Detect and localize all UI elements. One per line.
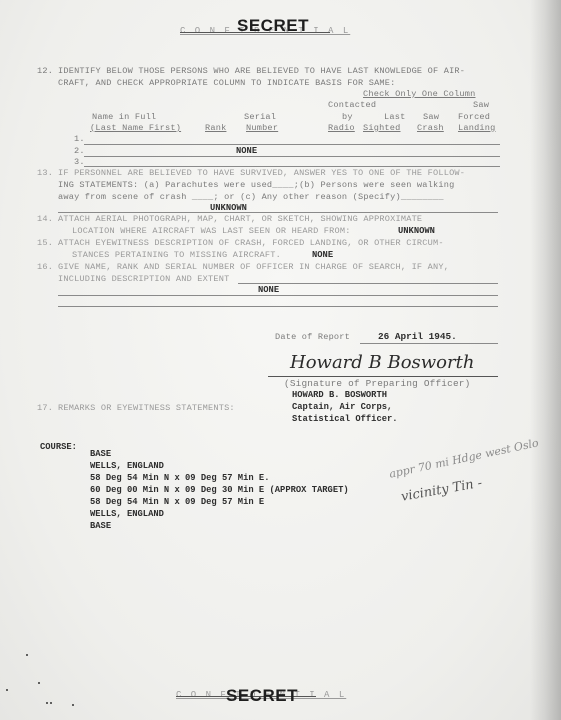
course-line-7: BASE <box>90 521 111 531</box>
course-line-5: 58 Deg 54 Min N x 09 Deg 57 Min E <box>90 497 264 507</box>
course-line-2: WELLS, ENGLAND <box>90 461 164 471</box>
col-forced-header-1: Saw <box>473 100 489 110</box>
item12-number: 12. <box>37 66 53 76</box>
item12-text-line2: CRAFT, AND CHECK APPROPRIATE COLUMN TO I… <box>58 78 396 88</box>
item13-text-line1: IF PERSONNEL ARE BELIEVED TO HAVE SURVIV… <box>58 168 465 178</box>
course-line-3: 58 Deg 54 Min N x 09 Deg 57 Min E. <box>90 473 270 483</box>
course-line-1: BASE <box>90 449 111 459</box>
officer-title: Statistical Officer. <box>292 414 398 424</box>
course-line-6: WELLS, ENGLAND <box>90 509 164 519</box>
row-2-value: NONE <box>236 146 257 156</box>
item16-line-2 <box>58 295 498 296</box>
item14-number: 14. <box>37 214 53 224</box>
speck <box>50 702 52 704</box>
check-only-one-column-note: Check Only One Column <box>363 89 476 99</box>
speck <box>6 689 8 691</box>
col-serial-header-2: Number <box>246 123 278 133</box>
secret-stamp-footer: SECRET <box>226 686 298 706</box>
col-forced-header-3: Landing <box>458 123 496 133</box>
item16-number: 16. <box>37 262 53 272</box>
speck <box>46 702 48 704</box>
handwritten-signature: Howard B Bosworth <box>290 352 474 373</box>
item15-text-line2: STANCES PERTAINING TO MISSING AIRCRAFT. <box>72 250 281 260</box>
row-2-line <box>84 156 500 157</box>
item16-answer: NONE <box>258 285 279 295</box>
officer-name: HOWARD B. BOSWORTH <box>292 390 387 400</box>
item14-answer: UNKNOWN <box>398 226 435 236</box>
col-last-header-2: Sighted <box>363 123 401 133</box>
col-radio-header-3: Radio <box>328 123 355 133</box>
document-page: C O N F I D E N T I A L SECRET 12. IDENT… <box>0 0 561 720</box>
speck <box>38 682 40 684</box>
item17-number: 17. <box>37 403 53 413</box>
col-crash-header-1: Saw <box>423 112 439 122</box>
item14-text-line2: LOCATION WHERE AIRCRAFT WAS LAST SEEN OR… <box>72 226 351 236</box>
speck <box>72 704 74 706</box>
item16-text-line2: INCLUDING DESCRIPTION AND EXTENT <box>58 274 229 284</box>
item16-line-3 <box>58 306 498 307</box>
col-radio-header-2: by <box>342 112 353 122</box>
item13-text-line3: away from scene of crash ____; or (c) An… <box>58 192 444 202</box>
col-crash-header-2: Crash <box>417 123 444 133</box>
item15-text-line1: ATTACH EYEWITNESS DESCRIPTION OF CRASH, … <box>58 238 444 248</box>
row-1-number: 1. <box>74 134 85 144</box>
col-last-header-1: Last <box>384 112 405 122</box>
speck <box>26 654 28 656</box>
item16-text-line1: GIVE NAME, RANK AND SERIAL NUMBER OF OFF… <box>58 262 449 272</box>
secret-stamp-header: SECRET <box>237 16 309 36</box>
col-name-header-1: Name in Full <box>92 112 156 122</box>
handwritten-note-1: appr 70 mi Hdge west Oslo <box>388 436 540 480</box>
date-of-report-label: Date of Report <box>275 332 350 342</box>
item13-number: 13. <box>37 168 53 178</box>
item15-answer: NONE <box>312 250 333 260</box>
col-forced-header-2: Forced <box>458 112 490 122</box>
officer-rank: Captain, Air Corps, <box>292 402 392 412</box>
row-3-line <box>84 166 500 167</box>
row-1-line <box>84 144 500 145</box>
date-line <box>360 343 498 344</box>
row-2-number: 2. <box>74 146 85 156</box>
col-name-header-2: (Last Name First) <box>90 123 181 133</box>
col-serial-header-1: Serial <box>244 112 276 122</box>
date-of-report-value: 26 April 1945. <box>378 331 457 342</box>
signature-line <box>268 376 498 377</box>
item17-label: REMARKS OR EYEWITNESS STATEMENTS: <box>58 403 235 413</box>
item15-number: 15. <box>37 238 53 248</box>
item12-text-line1: IDENTIFY BELOW THOSE PERSONS WHO ARE BEL… <box>58 66 465 76</box>
signature-caption: (Signature of Preparing Officer) <box>284 378 470 389</box>
col-radio-header-1: Contacted <box>328 100 376 110</box>
col-rank-header: Rank <box>205 123 226 133</box>
item13-answer-line <box>58 212 498 213</box>
item13-text-line2: ING STATEMENTS: (a) Parachutes were used… <box>58 180 454 190</box>
course-label: COURSE: <box>40 442 77 452</box>
course-line-4: 60 Deg 00 Min N x 09 Deg 30 Min E (APPRO… <box>90 485 349 495</box>
item14-text-line1: ATTACH AERIAL PHOTOGRAPH, MAP, CHART, OR… <box>58 214 422 224</box>
item16-line-1 <box>238 283 498 284</box>
handwritten-note-2: vicinity Tin - <box>400 476 483 505</box>
